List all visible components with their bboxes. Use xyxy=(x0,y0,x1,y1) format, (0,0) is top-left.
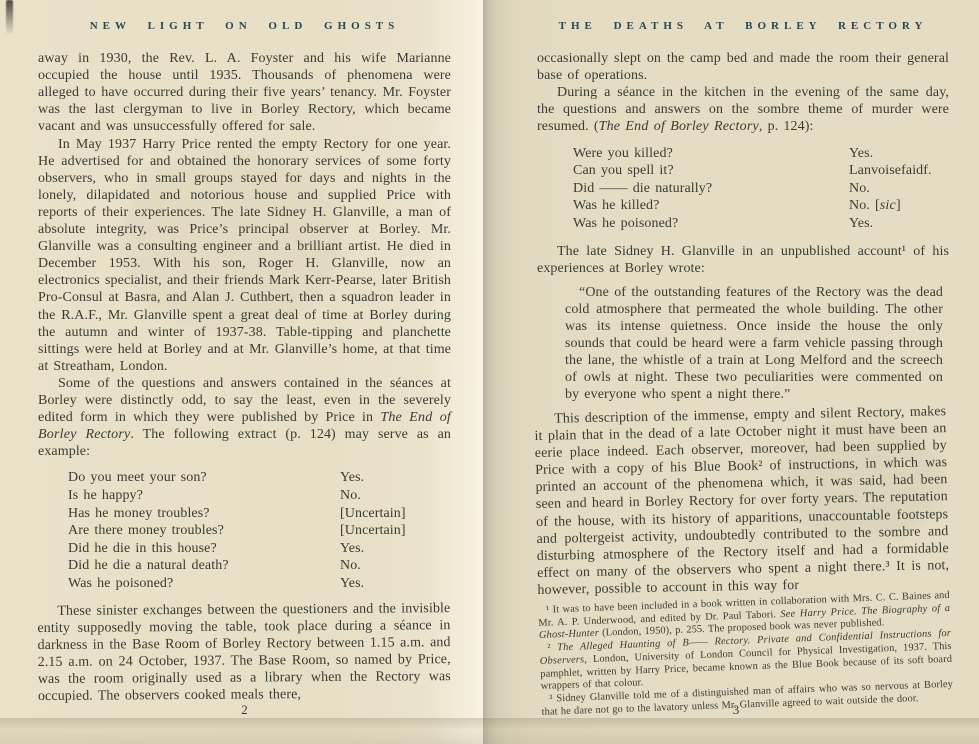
qa-answer: No. xyxy=(340,557,451,575)
paragraph: Some of the questions and answers contai… xyxy=(38,375,451,460)
paragraph: away in 1930, the Rev. L. A. Foyster and… xyxy=(38,50,451,135)
scan-corner-mark xyxy=(6,0,13,34)
right-page-number: 3 xyxy=(533,702,939,718)
qa-answer: Yes. xyxy=(340,575,451,593)
qa-row: Has he money troubles? [Uncertain] xyxy=(68,505,451,523)
left-page-number: 2 xyxy=(38,702,451,718)
qa-answer: Lanvoisefaidf. xyxy=(849,162,949,180)
book-spread: NEW LIGHT ON OLD GHOSTS away in 1930, th… xyxy=(0,0,979,744)
qa-answer: Yes. xyxy=(340,540,451,558)
paragraph: In May 1937 Harry Price rented the empty… xyxy=(38,136,451,375)
qa-question: Has he money troubles? xyxy=(68,505,340,523)
qa-row: Was he killed? No. [sic] xyxy=(573,197,949,215)
qa-question: Did —— die naturally? xyxy=(573,180,849,198)
qa-row: Was he poisoned? Yes. xyxy=(573,215,949,233)
right-page-content: THE DEATHS AT BORLEY RECTORY occasionall… xyxy=(537,18,949,720)
qa-answer: No. xyxy=(340,487,451,505)
paragraph-group: This description of the immense, empty a… xyxy=(534,403,952,719)
qa-question: Is he happy? xyxy=(68,487,340,505)
right-page: THE DEATHS AT BORLEY RECTORY occasionall… xyxy=(483,0,979,744)
paragraph: During a séance in the kitchen in the ev… xyxy=(537,84,949,135)
qa-row: Do you meet your son? Yes. xyxy=(68,469,451,487)
qa-question: Did he die a natural death? xyxy=(68,557,340,575)
paragraph: The late Sidney H. Glanville in an unpub… xyxy=(537,243,949,277)
left-page: NEW LIGHT ON OLD GHOSTS away in 1930, th… xyxy=(0,0,483,744)
qa-question: Was he poisoned? xyxy=(68,575,340,593)
qa-row: Is he happy? No. xyxy=(68,487,451,505)
qa-question: Were you killed? xyxy=(573,145,849,163)
qa-answer: [Uncertain] xyxy=(340,505,451,523)
qa-answer: [Uncertain] xyxy=(340,522,451,540)
paragraph: occasionally slept on the camp bed and m… xyxy=(537,50,949,84)
qa-question: Are there money troubles? xyxy=(68,522,340,540)
seance-qa-table: Do you meet your son? Yes. Is he happy? … xyxy=(68,469,451,592)
qa-question: Did he die in this house? xyxy=(68,540,340,558)
qa-row: Are there money troubles? [Uncertain] xyxy=(68,522,451,540)
seance-qa-table: Were you killed? Yes. Can you spell it? … xyxy=(573,145,949,233)
left-page-content: NEW LIGHT ON OLD GHOSTS away in 1930, th… xyxy=(38,18,451,705)
qa-answer: Yes. xyxy=(849,215,949,233)
paragraph-group: These sinister exchanges between the que… xyxy=(37,600,451,705)
qa-row: Did he die in this house? Yes. xyxy=(68,540,451,558)
qa-row: Did he die a natural death? No. xyxy=(68,557,451,575)
footnotes: ¹ It was to have been included in a book… xyxy=(538,590,954,719)
qa-answer: Yes. xyxy=(340,469,451,487)
qa-answer: No. [sic] xyxy=(849,197,949,215)
qa-row: Did —— die naturally? No. xyxy=(573,180,949,198)
paragraph: These sinister exchanges between the que… xyxy=(37,600,451,705)
qa-question: Can you spell it? xyxy=(573,162,849,180)
left-running-head: NEW LIGHT ON OLD GHOSTS xyxy=(38,18,451,35)
qa-answer: No. xyxy=(849,180,949,198)
right-running-head: THE DEATHS AT BORLEY RECTORY xyxy=(537,18,949,35)
qa-question: Was he poisoned? xyxy=(573,215,849,233)
qa-row: Was he poisoned? Yes. xyxy=(68,575,451,593)
qa-answer: Yes. xyxy=(849,145,949,163)
qa-row: Can you spell it? Lanvoisefaidf. xyxy=(573,162,949,180)
qa-question: Was he killed? xyxy=(573,197,849,215)
paragraph: This description of the immense, empty a… xyxy=(534,403,950,599)
qa-row: Were you killed? Yes. xyxy=(573,145,949,163)
glanville-quote: “One of the outstanding features of the … xyxy=(565,284,943,404)
qa-question: Do you meet your son? xyxy=(68,469,340,487)
